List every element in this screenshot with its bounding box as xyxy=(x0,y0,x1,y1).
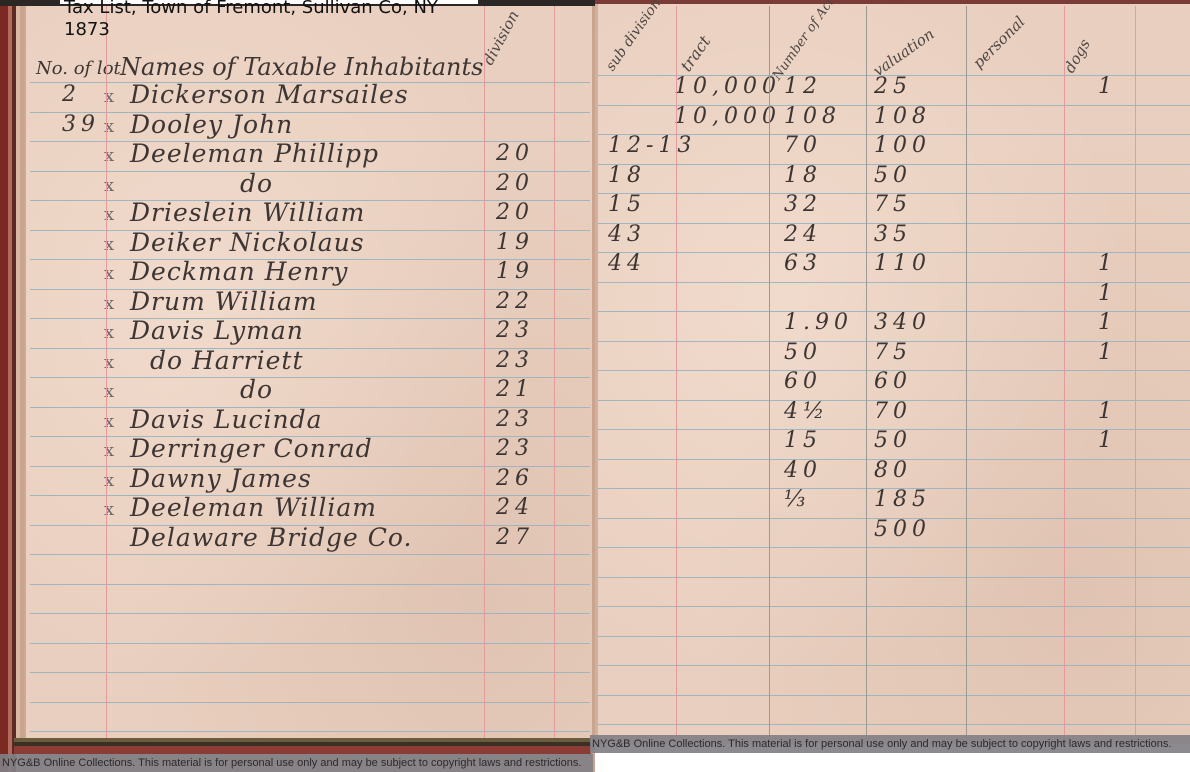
ruled-line xyxy=(598,695,1190,696)
ruled-line xyxy=(30,82,590,83)
valuation-value: 110 xyxy=(874,251,931,276)
division-value: 19 xyxy=(496,259,534,284)
valuation-value: 80 xyxy=(874,458,912,483)
tract-value: 10,000 xyxy=(674,74,781,99)
acres-value: 4½ xyxy=(784,399,829,424)
acres-value: 40 xyxy=(784,458,822,483)
acres-value: 12 xyxy=(784,74,822,99)
valuation-value: 70 xyxy=(874,399,912,424)
division-value: 27 xyxy=(496,525,534,550)
taxpayer-name: Deeleman Phillipp xyxy=(130,139,379,168)
copyright-footer-right: NYG&B Online Collections. This material … xyxy=(590,735,1190,753)
ruled-line xyxy=(598,459,1190,460)
ruled-line xyxy=(598,665,1190,666)
ruled-line xyxy=(598,75,1190,76)
ruled-line xyxy=(30,436,590,437)
ruled-line xyxy=(30,731,590,732)
taxpayer-name: Drieslein William xyxy=(130,198,365,227)
ruled-line xyxy=(598,282,1190,283)
ruled-line xyxy=(598,429,1190,430)
division-value: 20 xyxy=(496,141,534,166)
ruled-line xyxy=(30,377,590,378)
acres-value: 60 xyxy=(784,369,822,394)
ruled-line xyxy=(30,613,590,614)
valuation-value: 108 xyxy=(874,104,931,129)
dogs-value: 1 xyxy=(1098,74,1117,99)
subdivision-value: 43 xyxy=(608,222,646,247)
division-value: 23 xyxy=(496,348,534,373)
valuation-value: 50 xyxy=(874,428,912,453)
ruled-line xyxy=(598,223,1190,224)
valuation-value: 50 xyxy=(874,163,912,188)
taxpayer-name: Davis Lucinda xyxy=(130,405,323,434)
subdivision-value: 15 xyxy=(608,192,646,217)
valuation-value: 500 xyxy=(874,517,931,542)
ruled-line xyxy=(30,171,590,172)
tract-value: 10,000 xyxy=(674,104,781,129)
dogs-value: 1 xyxy=(1098,428,1117,453)
ruled-line xyxy=(30,230,590,231)
ruled-line xyxy=(598,488,1190,489)
ruled-line xyxy=(30,584,590,585)
ruled-line xyxy=(30,259,590,260)
ruled-line xyxy=(30,407,590,408)
column-rule xyxy=(484,6,485,738)
valuation-value: 60 xyxy=(874,369,912,394)
ruled-line xyxy=(30,318,590,319)
acres-value: 108 xyxy=(784,104,841,129)
ruled-line xyxy=(598,134,1190,135)
taxpayer-name: Dickerson Marsailes xyxy=(130,80,409,109)
column-rule xyxy=(1064,6,1065,736)
ruled-line xyxy=(30,702,590,703)
ruled-line xyxy=(30,141,590,142)
dogs-value: 1 xyxy=(1098,340,1117,365)
acres-value: 18 xyxy=(784,163,822,188)
column-rule xyxy=(106,6,107,738)
division-value: 19 xyxy=(496,230,534,255)
dogs-value: 1 xyxy=(1098,399,1117,424)
taxpayer-name: Drum William xyxy=(130,287,318,316)
ruled-line xyxy=(30,289,590,290)
acres-value: 15 xyxy=(784,428,822,453)
ruled-line xyxy=(598,577,1190,578)
dogs-value: 1 xyxy=(1098,281,1117,306)
column-rule xyxy=(554,6,555,738)
ruled-line xyxy=(30,200,590,201)
ruled-line xyxy=(598,252,1190,253)
acres-value: ⅓ xyxy=(784,487,810,512)
taxpayer-name: Davis Lyman xyxy=(130,316,304,345)
acres-value: 50 xyxy=(784,340,822,365)
ruled-line xyxy=(30,672,590,673)
division-value: 23 xyxy=(496,407,534,432)
division-value: 24 xyxy=(496,495,534,520)
ruled-line xyxy=(30,466,590,467)
taxpayer-name: Deeleman William xyxy=(130,493,377,522)
acres-value: 32 xyxy=(784,192,822,217)
ruled-line xyxy=(598,724,1190,725)
column-rule xyxy=(866,6,867,736)
dogs-value: 1 xyxy=(1098,251,1117,276)
lot-number: 2 xyxy=(62,82,81,107)
taxpayer-name: Dawny James xyxy=(130,464,312,493)
ruled-line xyxy=(598,547,1190,548)
ruled-line xyxy=(598,311,1190,312)
column-rule xyxy=(769,6,770,736)
dogs-value: 1 xyxy=(1098,310,1117,335)
header-names: Names of Taxable Inhabitants xyxy=(120,53,483,81)
ruled-line xyxy=(598,105,1190,106)
copyright-footer-left: NYG&B Online Collections. This material … xyxy=(0,754,593,772)
column-rule xyxy=(966,6,967,736)
ruled-line xyxy=(598,636,1190,637)
subdivision-value: 18 xyxy=(608,163,646,188)
ruled-line xyxy=(598,400,1190,401)
valuation-value: 75 xyxy=(874,340,912,365)
ledger-spread: Tax List, Town of Fremont, Sullivan Co, … xyxy=(0,0,1190,772)
valuation-value: 185 xyxy=(874,487,931,512)
division-value: 22 xyxy=(496,289,534,314)
ruled-line xyxy=(598,518,1190,519)
title-line-2: 1873 xyxy=(64,19,584,41)
valuation-value: 25 xyxy=(874,74,912,99)
ruled-line xyxy=(30,643,590,644)
column-rule xyxy=(676,6,677,736)
subdivision-value: 12-13 xyxy=(608,133,696,158)
division-value: 23 xyxy=(496,318,534,343)
taxpayer-name: Deckman Henry xyxy=(130,257,348,286)
ruled-line xyxy=(30,348,590,349)
column-rule xyxy=(1135,6,1136,736)
taxpayer-name: Deiker Nickolaus xyxy=(130,228,365,257)
taxpayer-name: do xyxy=(240,169,273,198)
division-value: 23 xyxy=(496,436,534,461)
division-value: 26 xyxy=(496,466,534,491)
taxpayer-name: Delaware Bridge Co. xyxy=(130,523,413,552)
division-value: 20 xyxy=(496,171,534,196)
ruled-line xyxy=(30,525,590,526)
ruled-line xyxy=(598,370,1190,371)
ruled-line xyxy=(598,606,1190,607)
header-lot-number: No. of lot xyxy=(36,58,121,79)
acres-value: 63 xyxy=(784,251,822,276)
taxpayer-name: Derringer Conrad xyxy=(130,434,373,463)
ruled-line xyxy=(598,341,1190,342)
valuation-value: 75 xyxy=(874,192,912,217)
taxpayer-name: do xyxy=(240,375,273,404)
ruled-line xyxy=(30,112,590,113)
lot-number: 39 xyxy=(62,112,100,137)
acres-value: 70 xyxy=(784,133,822,158)
ruled-line xyxy=(30,495,590,496)
valuation-value: 35 xyxy=(874,222,912,247)
valuation-value: 340 xyxy=(874,310,931,335)
taxpayer-name: do Harriett xyxy=(150,346,304,375)
division-value: 21 xyxy=(496,377,534,402)
subdivision-value: 44 xyxy=(608,251,646,276)
document-title: Tax List, Town of Fremont, Sullivan Co, … xyxy=(64,0,584,41)
page-bottom-edge xyxy=(14,738,591,754)
acres-value: 24 xyxy=(784,222,822,247)
ruled-line xyxy=(598,193,1190,194)
ruled-line xyxy=(30,554,590,555)
taxpayer-name: Dooley John xyxy=(130,110,293,139)
valuation-value: 100 xyxy=(874,133,931,158)
ruled-line xyxy=(598,164,1190,165)
acres-value: 1.90 xyxy=(784,310,853,335)
division-value: 20 xyxy=(496,200,534,225)
title-line-1: Tax List, Town of Fremont, Sullivan Co, … xyxy=(64,0,584,19)
